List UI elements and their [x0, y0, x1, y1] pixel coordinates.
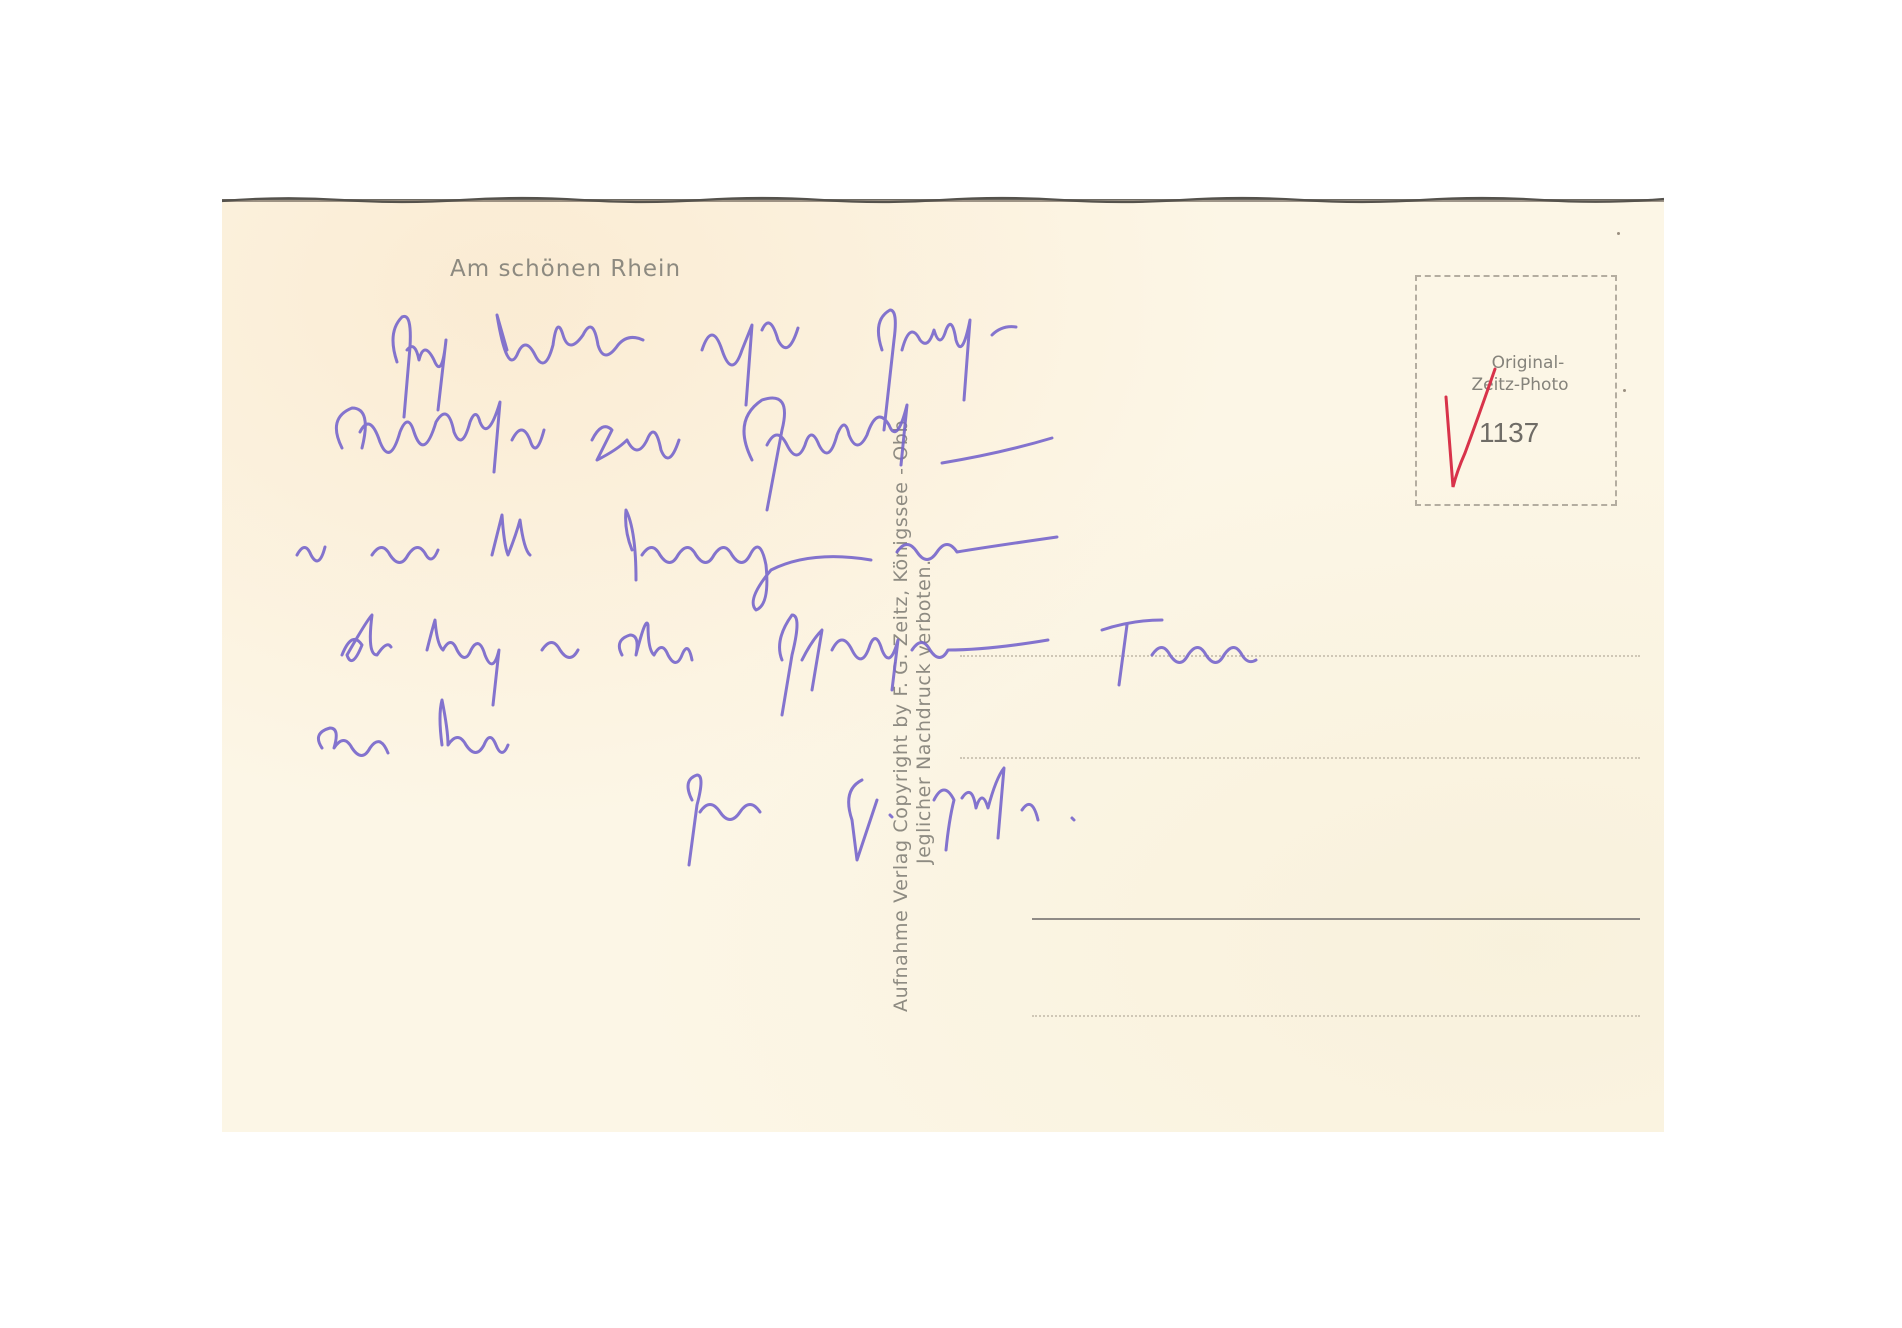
address-line-4 — [1032, 1015, 1640, 1017]
publisher-copyright-text: Aufnahme Verlag Copyright by F. G. Zeitz… — [890, 420, 936, 1012]
paper-speck — [1623, 389, 1626, 392]
card-wavy-edge — [222, 196, 1664, 204]
paper-speck — [1617, 232, 1620, 235]
address-line-1 — [960, 655, 1640, 657]
postcard-back: Am schönen Rhein Original- Zeitz-Photo 1… — [222, 200, 1664, 1132]
postcard-caption: Am schönen Rhein — [450, 256, 681, 282]
publisher-line-1: Aufnahme Verlag Copyright by F. G. Zeitz… — [890, 420, 913, 1012]
stamp-box: Original- Zeitz-Photo 1137 — [1415, 275, 1617, 506]
address-line-2 — [960, 757, 1640, 759]
address-line-3 — [1032, 918, 1640, 920]
red-check-mark-icon — [1443, 367, 1503, 497]
publisher-line-2: Jeglicher Nachdruck verboten. — [913, 420, 936, 1012]
